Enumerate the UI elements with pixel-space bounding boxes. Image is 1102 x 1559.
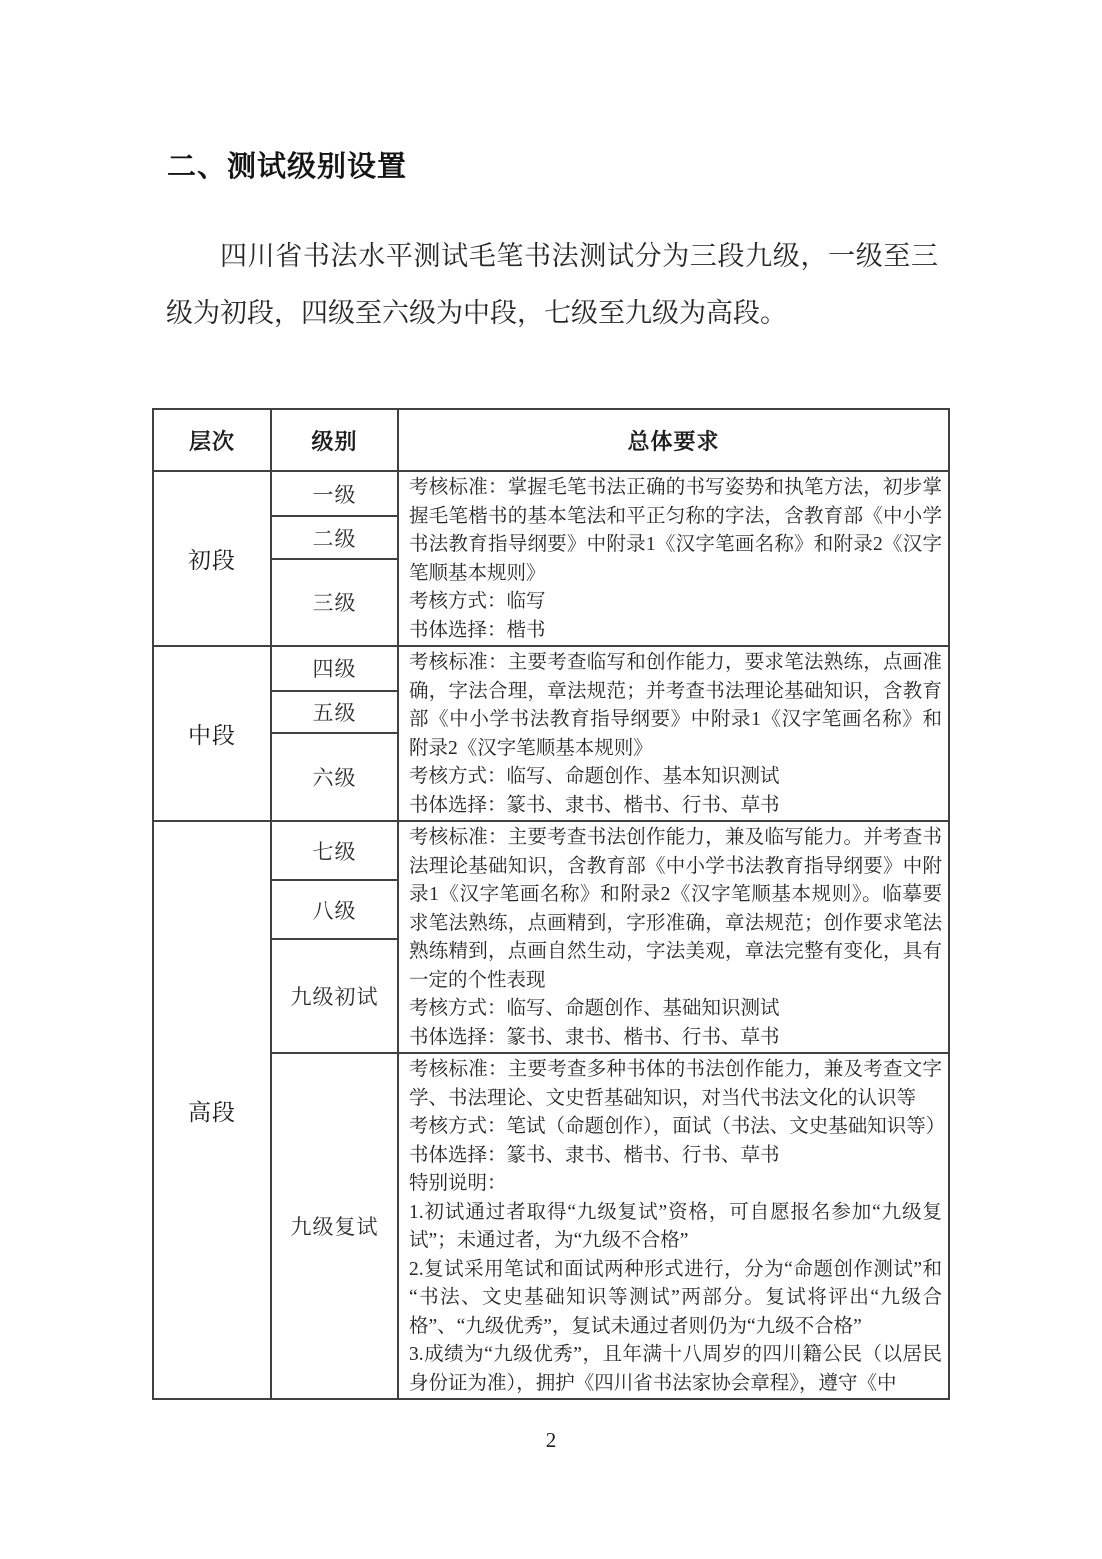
col-header-tier: 层次 — [153, 409, 271, 471]
grade-cell-level-9-initial: 九级初试 — [271, 939, 398, 1053]
requirement-line: 书体选择：楷书 — [409, 617, 942, 646]
requirement-line: 书体选择：篆书、隶书、楷书、行书、草书 — [409, 1142, 942, 1171]
requirement-line: 考核方式：临写 — [409, 588, 942, 617]
col-header-requirements: 总体要求 — [398, 409, 949, 471]
requirement-line: 1.初试通过者取得“九级复试”资格，可自愿报名参加“九级复试”；未通过者，为“九… — [409, 1199, 942, 1256]
requirements-cell-high-retest: 考核标准：主要考查多种书体的书法创作能力，兼及考查文字学、书法理论、文史哲基础知… — [398, 1053, 949, 1399]
requirements-cell-high-initial: 考核标准：主要考查书法创作能力，兼及临写能力。并考查书法理论基础知识，含教育部《… — [398, 821, 949, 1053]
requirement-line: 考核方式：笔试（命题创作），面试（书法、文史基础知识等） — [409, 1113, 942, 1142]
grade-cell-level-9-retest: 九级复试 — [271, 1053, 398, 1399]
table-row: 中段 四级 考核标准：主要考查临写和创作能力，要求笔法熟练，点画准确，字法合理，… — [153, 646, 949, 691]
requirements-cell-beginner: 考核标准：掌握毛笔书法正确的书写姿势和执笔方法，初步掌握毛笔楷书的基本笔法和平正… — [398, 471, 949, 646]
grade-cell-level-7: 七级 — [271, 821, 398, 880]
tier-cell-high: 高段 — [153, 821, 271, 1399]
requirement-line: 考核标准：掌握毛笔书法正确的书写姿势和执笔方法，初步掌握毛笔楷书的基本笔法和平正… — [409, 474, 942, 588]
grade-cell-level-4: 四级 — [271, 646, 398, 691]
tier-cell-beginner: 初段 — [153, 471, 271, 646]
requirements-cell-middle: 考核标准：主要考查临写和创作能力，要求笔法熟练，点画准确，字法合理，章法规范；并… — [398, 646, 949, 821]
page-number: 2 — [0, 1428, 1102, 1453]
requirement-line: 3.成绩为“九级优秀”，且年满十八周岁的四川籍公民（以居民身份证为准），拥护《四… — [409, 1341, 942, 1398]
grade-cell-level-1: 一级 — [271, 471, 398, 516]
requirement-line: 书体选择：篆书、隶书、楷书、行书、草书 — [409, 792, 942, 821]
grade-cell-level-5: 五级 — [271, 691, 398, 733]
requirement-line: 考核标准：主要考查书法创作能力，兼及临写能力。并考查书法理论基础知识，含教育部《… — [409, 824, 942, 995]
requirement-line: 考核标准：主要考查临写和创作能力，要求笔法熟练，点画准确，字法合理，章法规范；并… — [409, 649, 942, 763]
requirement-line: 考核方式：临写、命题创作、基础知识测试 — [409, 995, 942, 1024]
requirement-line: 书体选择：篆书、隶书、楷书、行书、草书 — [409, 1024, 942, 1053]
grade-cell-level-2: 二级 — [271, 516, 398, 559]
tier-cell-middle: 中段 — [153, 646, 271, 821]
requirement-line: 2.复试采用笔试和面试两种形式进行，分为“命题创作测试”和“书法、文史基础知识等… — [409, 1256, 942, 1342]
intro-paragraph: 四川省书法水平测试毛笔书法测试分为三段九级，一级至三级为初段，四级至六级为中段，… — [166, 228, 938, 342]
table-row: 九级复试 考核标准：主要考查多种书体的书法创作能力，兼及考查文字学、书法理论、文… — [153, 1053, 949, 1399]
section-heading: 二、测试级别设置 — [167, 144, 407, 185]
header-row: 层次 级别 总体要求 — [153, 409, 949, 471]
table-row: 高段 七级 考核标准：主要考查书法创作能力，兼及临写能力。并考查书法理论基础知识… — [153, 821, 949, 880]
grade-cell-level-6: 六级 — [271, 733, 398, 821]
table-row: 初段 一级 考核标准：掌握毛笔书法正确的书写姿势和执笔方法，初步掌握毛笔楷书的基… — [153, 471, 949, 516]
grade-cell-level-8: 八级 — [271, 880, 398, 939]
requirement-line: 考核方式：临写、命题创作、基本知识测试 — [409, 763, 942, 792]
levels-table: 层次 级别 总体要求 初段 一级 考核标准：掌握毛笔书法正确的书写姿势和执笔方法… — [152, 408, 950, 1400]
document-page: 二、测试级别设置 四川省书法水平测试毛笔书法测试分为三段九级，一级至三级为初段，… — [0, 0, 1102, 1559]
requirement-line: 特别说明： — [409, 1170, 942, 1199]
grade-cell-level-3: 三级 — [271, 559, 398, 646]
col-header-grade: 级别 — [271, 409, 398, 471]
requirement-line: 考核标准：主要考查多种书体的书法创作能力，兼及考查文字学、书法理论、文史哲基础知… — [409, 1056, 942, 1113]
